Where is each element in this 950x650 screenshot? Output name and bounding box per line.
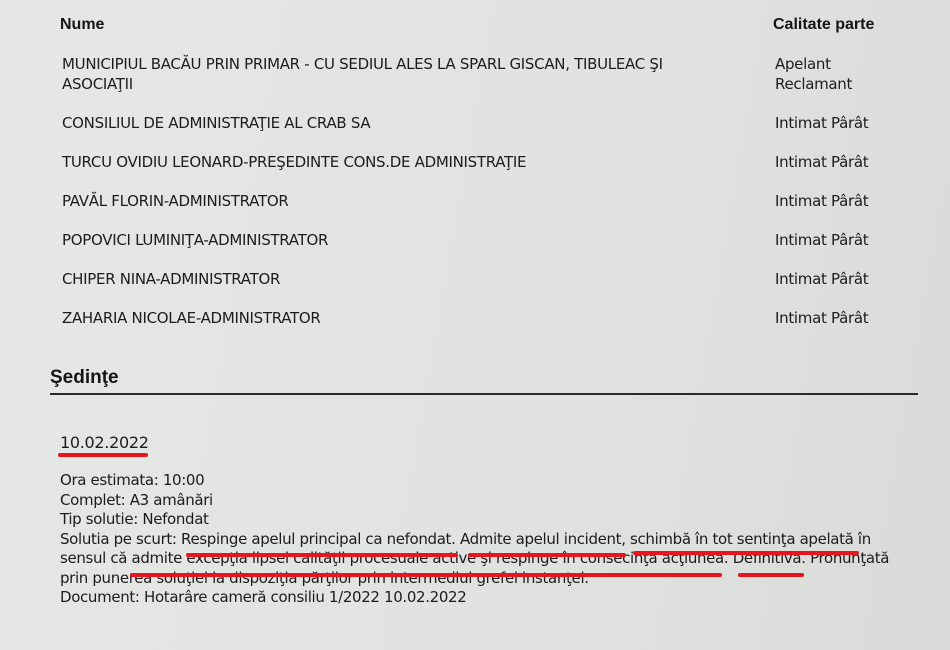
party-row: PAVĂL FLORIN-ADMINISTRATOR <box>62 191 762 211</box>
red-underline-mark <box>58 453 148 457</box>
column-header-name: Nume <box>60 16 104 34</box>
party-row: TURCU OVIDIU LEONARD-PREŞEDINTE CONS.DE … <box>62 152 762 172</box>
section-divider <box>50 393 918 395</box>
party-row: ZAHARIA NICOLAE-ADMINISTRATOR <box>62 308 762 328</box>
party-role: Intimat Pârât <box>775 152 868 172</box>
party-role: Apelant Reclamant <box>775 54 852 94</box>
party-role: Intimat Pârât <box>775 269 868 289</box>
solution-type: Tip solutie: Nefondat <box>60 510 900 530</box>
party-role-line: Apelant <box>775 54 852 74</box>
red-underline-mark <box>130 573 722 577</box>
highlighted-text: Respinge apelul principal ca nefondat <box>181 530 451 548</box>
text: sensul că <box>60 549 132 567</box>
highlighted-text: schimbă în tot sentinţa apelată <box>630 530 853 548</box>
party-name-cont: ASOCIAŢII <box>62 74 762 94</box>
hearing-date: 10.02.2022 <box>60 433 149 452</box>
party-role: Intimat Pârât <box>775 113 868 133</box>
party-role-line: Reclamant <box>775 74 852 94</box>
party-role: Intimat Pârât <box>775 191 868 211</box>
red-underline-mark <box>633 551 859 555</box>
hearing-details: Ora estimata: 10:00 Complet: A3 amânări … <box>60 471 900 608</box>
party-row: CHIPER NINA-ADMINISTRATOR <box>62 269 762 289</box>
solution-summary-line-3: prin punerea soluţiei la dispoziţia părţ… <box>60 569 900 589</box>
party-row: CONSILIUL DE ADMINISTRAŢIE AL CRAB SA <box>62 113 762 133</box>
red-underline-mark <box>468 553 626 557</box>
document-reference: Document: Hotarâre cameră consiliu 1/202… <box>60 588 900 608</box>
solution-summary-line-1: Solutia pe scurt: Respinge apelul princi… <box>60 530 900 550</box>
solution-label: Solutia pe scurt: <box>60 530 181 548</box>
panel: Complet: A3 amânări <box>60 491 900 511</box>
highlighted-text: Admite apelul incident <box>460 530 621 548</box>
column-header-role: Calitate parte <box>773 16 874 34</box>
party-row: POPOVICI LUMINIŢA-ADMINISTRATOR <box>62 230 762 250</box>
party-row: MUNICIPIUL BACĂU PRIN PRIMAR - CU SEDIUL… <box>62 54 762 94</box>
section-title-hearings: Şedinţe <box>50 367 119 389</box>
punctuation: . <box>451 530 460 548</box>
court-case-document: Nume Calitate parte MUNICIPIUL BACĂU PRI… <box>0 0 950 650</box>
red-underline-mark <box>738 573 804 577</box>
party-role: Intimat Pârât <box>775 230 868 250</box>
punctuation: , <box>621 530 630 548</box>
estimated-time: Ora estimata: 10:00 <box>60 471 900 491</box>
party-name: MUNICIPIUL BACĂU PRIN PRIMAR - CU SEDIUL… <box>62 54 762 74</box>
party-role: Intimat Pârât <box>775 308 868 328</box>
red-underline-mark <box>186 553 458 557</box>
text: în <box>854 530 871 548</box>
